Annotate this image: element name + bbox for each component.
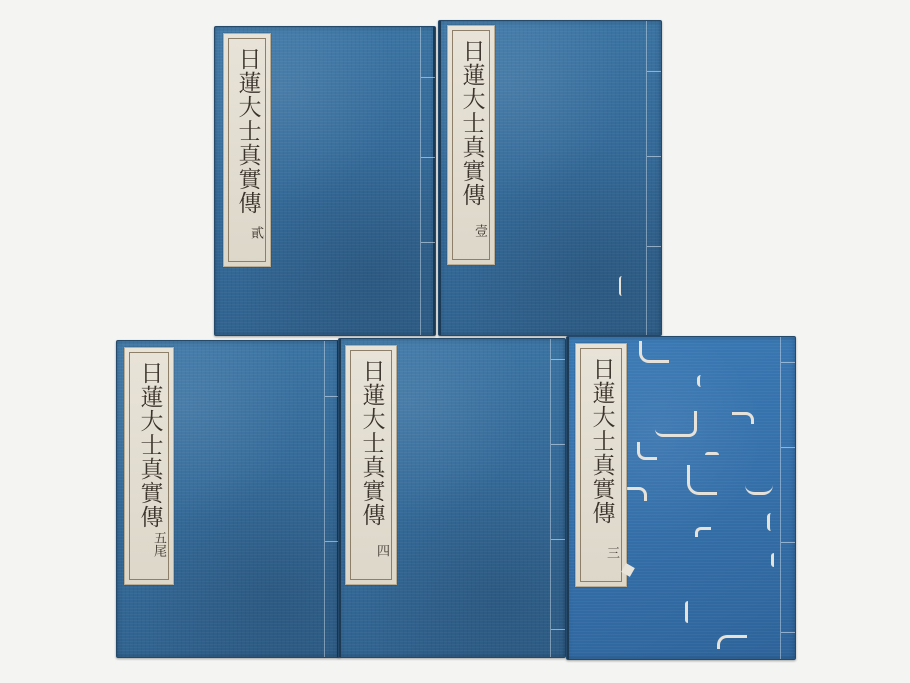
volume-number: 四	[351, 544, 391, 557]
binding-stitch	[325, 396, 339, 397]
book-title: 日蓮大士真實傳	[590, 357, 613, 525]
binding-line	[646, 21, 647, 335]
title-slip: 日蓮大士真實傳 五尾	[124, 347, 174, 585]
binding-stitch	[781, 542, 795, 543]
binding-stitch	[325, 541, 339, 542]
book-volume-2: 日蓮大士真實傳 貳	[214, 26, 436, 336]
volume-number: 貳	[229, 226, 265, 239]
binding-stitch	[421, 77, 435, 78]
photo-scene: 日蓮大士真實傳 貳 日蓮大士真實傳 壹 日蓮大士真實傳 五尾	[0, 0, 910, 683]
book-title: 日蓮大士真實傳	[138, 361, 161, 529]
binding-stitch	[647, 246, 661, 247]
worm-track	[685, 601, 691, 623]
worm-track	[745, 485, 773, 495]
binding-stitch	[781, 362, 795, 363]
binding-stitch	[551, 444, 565, 445]
worm-track	[695, 527, 711, 537]
worm-track	[717, 635, 747, 649]
spine-edge	[339, 339, 341, 657]
volume-number: 五尾	[130, 531, 168, 557]
worm-track	[697, 375, 705, 387]
binding-line	[324, 341, 325, 657]
worm-track	[637, 442, 657, 460]
binding-stitch	[421, 157, 435, 158]
binding-stitch	[551, 539, 565, 540]
binding-line	[780, 337, 781, 659]
title-slip: 日蓮大士真實傳 三	[575, 343, 627, 587]
book-title: 日蓮大士真實傳	[360, 359, 383, 527]
worm-track	[771, 553, 777, 567]
binding-line	[420, 27, 421, 335]
worm-track	[639, 341, 669, 363]
binding-stitch	[551, 359, 565, 360]
spine-edge	[433, 27, 435, 335]
worm-track	[705, 452, 719, 458]
book-volume-1: 日蓮大士真實傳 壹	[438, 20, 662, 336]
worm-track	[627, 487, 647, 501]
binding-stitch	[781, 632, 795, 633]
book-volume-4: 日蓮大士真實傳 四	[338, 338, 566, 658]
worm-track	[687, 465, 717, 495]
spine-edge	[439, 21, 441, 335]
spine-edge	[567, 337, 569, 659]
binding-stitch	[647, 71, 661, 72]
binding-stitch	[781, 447, 795, 448]
binding-line	[550, 339, 551, 657]
worm-track	[767, 513, 775, 531]
worm-track	[732, 412, 754, 424]
title-slip: 日蓮大士真實傳 壹	[447, 25, 495, 265]
volume-number: 壹	[453, 224, 489, 237]
book-title: 日蓮大士真實傳	[236, 47, 259, 215]
title-slip: 日蓮大士真實傳 貳	[223, 33, 271, 267]
worm-track	[619, 276, 625, 296]
title-slip: 日蓮大士真實傳 四	[345, 345, 397, 585]
worm-track	[655, 411, 697, 437]
binding-stitch	[551, 629, 565, 630]
volume-number: 三	[581, 546, 621, 559]
book-volume-5: 日蓮大士真實傳 五尾	[116, 340, 340, 658]
book-volume-3: 日蓮大士真實傳 三	[566, 336, 796, 660]
binding-stitch	[647, 156, 661, 157]
book-title: 日蓮大士真實傳	[460, 39, 483, 207]
binding-stitch	[421, 242, 435, 243]
